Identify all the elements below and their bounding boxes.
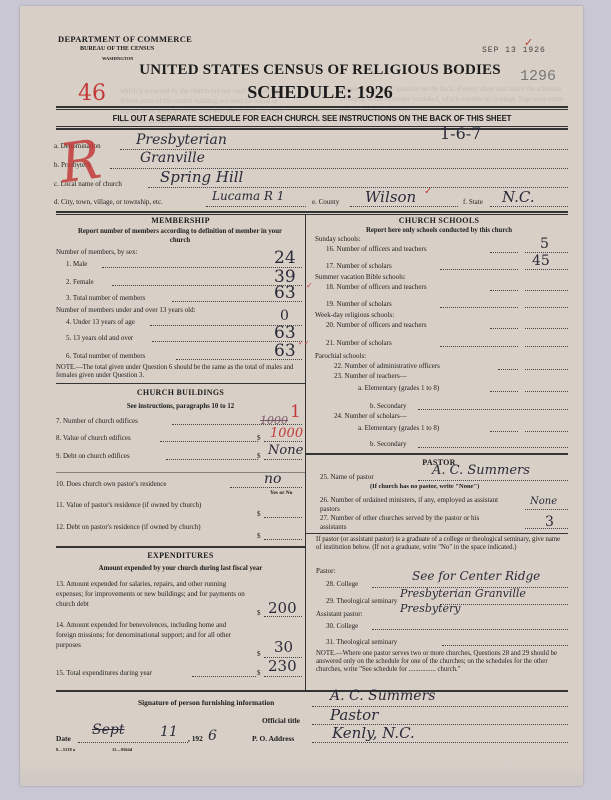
pastor-name-hint: (If church has no pastor, write "None")	[370, 483, 479, 490]
scholars-label: 24. Number of scholars—	[334, 412, 407, 420]
asst-college-label: 30. College	[326, 622, 358, 630]
divider	[56, 106, 568, 108]
buildings-heading: CHURCH BUILDINGS	[56, 388, 305, 397]
edifices-count[interactable]: 1	[290, 402, 301, 422]
residence-value-label: 11. Value of pastor's residence (if owne…	[56, 500, 256, 510]
male-count[interactable]: 24	[274, 248, 296, 268]
total-members-label: 3. Total number of members	[66, 294, 145, 302]
weekday-schools-label: Week-day religious schools:	[315, 311, 394, 319]
benevolences-label: 14. Amount expended for benevolences, in…	[56, 620, 246, 650]
city-field[interactable]: Lucama R 1	[212, 189, 284, 203]
denomination-field[interactable]: Presbyterian	[136, 132, 227, 148]
date-day-field[interactable]: 11	[160, 724, 178, 740]
over-13-count[interactable]: 63	[274, 323, 296, 343]
county-label: e. County	[312, 198, 339, 206]
check-mark-icon: ✓	[524, 36, 533, 49]
dollar-sign: $	[257, 510, 261, 518]
edifices-value-label: 8. Value of church edifices	[56, 434, 131, 442]
official-title-field[interactable]: Pastor	[330, 706, 378, 724]
city-label: d. City, town, village, or township, etc…	[54, 198, 163, 206]
college-label: 28. College	[326, 580, 358, 588]
total-members-age-count[interactable]: 63	[274, 341, 296, 361]
date-year-field[interactable]: 6	[208, 728, 217, 744]
college-field[interactable]: See for Center Ridge	[412, 569, 540, 583]
form-code: 8—5318 a	[56, 747, 75, 752]
expenditures-heading: EXPENDITURES	[56, 551, 305, 560]
assistant-pastors-label: 26. Number of ordained ministers, if any…	[320, 496, 500, 514]
teachers-elementary-field[interactable]	[525, 391, 568, 392]
assistant-pastors-field[interactable]: None	[530, 496, 557, 507]
summer-schools-label: Summer vacation Bible schools:	[315, 273, 406, 281]
date-year-prefix: , 192	[188, 734, 203, 743]
over-13-label: 5. 13 years old and over	[66, 334, 133, 342]
census-schedule-sheet: which it is owned by the church but not …	[20, 6, 583, 786]
summer-teachers-label: 18. Number of officers and teachers	[326, 283, 427, 291]
total-expenditures-label: 15. Total expenditures during year	[56, 669, 152, 677]
pastor-note: NOTE.—Where one pastor serves two or mor…	[316, 650, 568, 674]
parochial-schools-label: Parochial schools:	[315, 352, 366, 360]
summer-scholars-label: 19. Number of scholars	[326, 300, 392, 308]
seminary-field[interactable]: Presbyterian Granville Presbytery	[400, 586, 570, 616]
schools-heading: CHURCH SCHOOLS	[310, 216, 568, 225]
teachers-label: 23. Number of teachers—	[334, 372, 407, 380]
divider	[56, 690, 568, 692]
age-label: Number of members under and over 13 year…	[56, 306, 196, 314]
dollar-sign: $	[257, 532, 261, 540]
sunday-schools-label: Sunday schools:	[315, 235, 361, 243]
signature-label: Signature of person furnishing informati…	[138, 698, 274, 707]
edifices-debt[interactable]: None	[268, 443, 303, 458]
summer-teachers-field[interactable]	[525, 290, 568, 291]
buildings-intro: See instructions, paragraphs 10 to 12	[56, 403, 305, 410]
red-reference-number: 46	[78, 81, 106, 106]
weekday-scholars-label: 21. Number of scholars	[326, 339, 392, 347]
sunday-scholars-value[interactable]: 45	[532, 253, 550, 269]
dollar-sign: $	[257, 650, 261, 658]
female-label: 2. Female	[66, 278, 94, 286]
total-expenditures-value[interactable]: 230	[268, 657, 297, 675]
classification-code: 1-6-7	[440, 124, 481, 143]
edifices-value[interactable]: 1000	[270, 426, 303, 441]
form-title: UNITED STATES CENSUS OF RELIGIOUS BODIES	[120, 62, 520, 79]
schools-intro: Report here only schools conducted by th…	[310, 227, 568, 234]
residence-debt-label: 12. Debt on pastor's residence (if owned…	[56, 522, 256, 532]
pastor-subheading: Pastor:	[316, 567, 335, 575]
asst-seminary-field[interactable]	[442, 645, 568, 646]
teachers-secondary-field[interactable]	[418, 409, 568, 410]
weekday-scholars-field[interactable]	[525, 346, 568, 347]
running-expenses-value[interactable]: 200	[268, 599, 297, 617]
other-churches-label: 27. Number of other churches served by t…	[320, 514, 500, 532]
admin-officers-label: 22. Number of administrative officers	[334, 362, 440, 370]
document-number-stamp: 1296	[520, 68, 556, 85]
date-month-field[interactable]: Sept	[92, 722, 124, 738]
teachers-secondary-label: b. Secondary	[370, 402, 407, 410]
total-members-age-label: 6. Total number of members	[66, 352, 145, 360]
other-churches-field[interactable]: 3	[545, 514, 554, 530]
divider	[56, 128, 568, 130]
asst-seminary-label: 31. Theological seminary	[326, 638, 397, 646]
owns-residence-label: 10. Does church own pastor's residence	[56, 480, 167, 488]
scholars-secondary-label: b. Secondary	[370, 440, 407, 448]
divider	[56, 211, 568, 213]
divider	[56, 383, 305, 384]
membership-heading: MEMBERSHIP	[56, 216, 305, 225]
divider	[56, 109, 568, 110]
red-review-mark: R	[56, 127, 105, 195]
scholars-elementary-field[interactable]	[525, 431, 568, 432]
teachers-elementary-label: a. Elementary (grades 1 to 8)	[358, 384, 439, 392]
scholars-secondary-field[interactable]	[418, 447, 568, 448]
membership-note: NOTE.—The total given under Question 6 s…	[56, 364, 304, 380]
summer-scholars-field[interactable]	[525, 307, 568, 308]
assistant-pastor-subheading: Assistant pastor:	[316, 610, 362, 618]
admin-officers-field[interactable]	[525, 369, 568, 370]
divider	[305, 453, 568, 455]
divider	[56, 546, 305, 548]
expenditures-intro: Amount expended by your church during la…	[56, 565, 305, 572]
check-mark-icon: ✓	[424, 186, 432, 197]
state-label: f. State	[463, 198, 483, 206]
po-address-field[interactable]: Kenly, N.C.	[332, 724, 415, 742]
dollar-sign: $	[257, 434, 261, 442]
under-13-count[interactable]: 0	[280, 308, 289, 324]
presbytery-field[interactable]: Granville	[140, 150, 205, 166]
yes-no-hint: Yes or No	[270, 490, 293, 496]
benevolences-value[interactable]: 30	[274, 638, 293, 656]
residence-value-field[interactable]	[264, 517, 302, 518]
print-code: 11—9564d	[112, 747, 132, 752]
pastor-name-label: 25. Name of pastor	[320, 473, 374, 481]
sunday-teachers-label: 16. Number of officers and teachers	[326, 245, 427, 253]
by-sex-label: Number of members, by sex:	[56, 248, 137, 256]
male-label: 1. Male	[66, 260, 87, 268]
divider	[56, 126, 568, 127]
under-13-label: 4. Under 13 years of age	[66, 318, 135, 326]
total-members-count[interactable]: 63	[274, 283, 296, 303]
check-mark-icon: ✓	[306, 281, 313, 290]
received-date-stamp: SEP 13 1926	[482, 46, 546, 55]
pastor-name-field[interactable]: A. C. Summers	[432, 463, 530, 478]
divider	[305, 533, 568, 534]
edifices-count-label: 7. Number of church edifices	[56, 417, 138, 425]
weekday-teachers-label: 20. Number of officers and teachers	[326, 321, 427, 329]
instruction-banner: FILL OUT A SEPARATE SCHEDULE FOR EACH CH…	[56, 114, 568, 123]
date-label: Date	[56, 734, 71, 743]
dollar-sign: $	[257, 609, 261, 617]
residence-debt-field[interactable]	[264, 539, 302, 540]
weekday-teachers-field[interactable]	[525, 328, 568, 329]
owns-residence-field[interactable]: no	[264, 471, 281, 487]
sunday-scholars-label: 17. Number of scholars	[326, 262, 392, 270]
running-expenses-label: 13. Amount expended for salaries, repair…	[56, 579, 246, 609]
scholars-elementary-label: a. Elementary (grades 1 to 8)	[358, 424, 439, 432]
department-name: DEPARTMENT OF COMMERCE	[58, 34, 192, 44]
edifices-debt-label: 9. Debt on church edifices	[56, 452, 130, 460]
membership-intro: Report number of members according to de…	[70, 227, 290, 245]
state-field[interactable]: N.C.	[502, 188, 535, 206]
double-check-icon: ✓✓	[298, 339, 310, 347]
bureau-name: BUREAU OF THE CENSUS	[80, 46, 154, 52]
church-name-field[interactable]: Spring Hill	[160, 168, 243, 186]
asst-college-field[interactable]	[372, 629, 568, 630]
graduate-note: If pastor (or assistant pastor) is a gra…	[316, 536, 566, 552]
seminary-label: 29. Theological seminary	[326, 597, 397, 605]
city-name: WASHINGTON	[102, 56, 133, 61]
form-subtitle: SCHEDULE: 1926	[120, 82, 520, 103]
po-address-label: P. O. Address	[252, 734, 294, 743]
dollar-sign: $	[257, 669, 261, 677]
official-title-label: Official title	[262, 716, 300, 725]
divider	[56, 214, 568, 215]
dollar-sign: $	[257, 452, 261, 460]
sunday-teachers-value[interactable]: 5	[540, 236, 549, 252]
county-field[interactable]: Wilson	[365, 188, 416, 206]
signature-field[interactable]: A. C. Summers	[330, 688, 435, 704]
